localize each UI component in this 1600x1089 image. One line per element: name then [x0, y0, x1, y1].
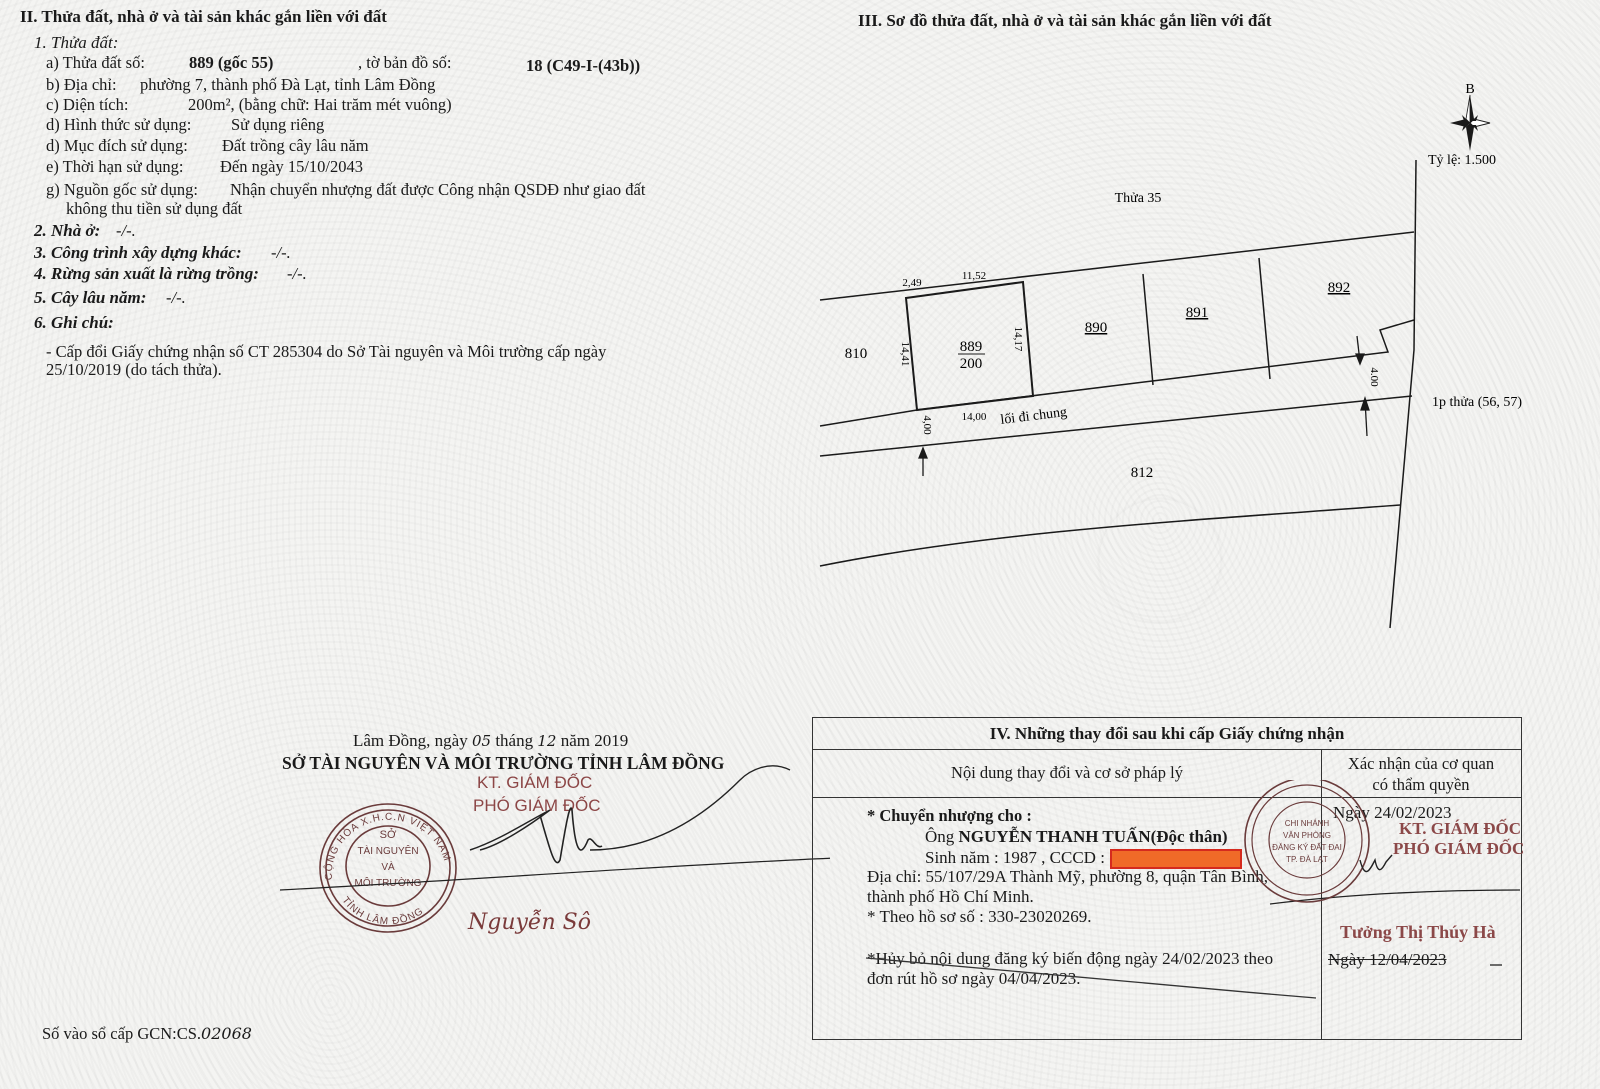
svg-text:B: B [1465, 82, 1474, 97]
svg-text:889: 889 [960, 339, 983, 355]
issuer-signer-name: Nguyễn Sô [468, 910, 591, 935]
svg-text:TP. ĐÀ LẠT: TP. ĐÀ LẠT [1286, 855, 1328, 864]
svg-text:14,17: 14,17 [1012, 327, 1024, 352]
svg-text:2,49: 2,49 [902, 277, 922, 289]
svg-text:CHI NHÁNH: CHI NHÁNH [1285, 819, 1330, 828]
svg-text:1p thửa (56, 57): 1p thửa (56, 57) [1432, 395, 1522, 410]
svg-text:892: 892 [1328, 280, 1351, 296]
svg-text:Thửa 35: Thửa 35 [1115, 191, 1162, 206]
table-overlays: CHI NHÁNH VĂN PHÒNG ĐĂNG KÝ ĐẤT ĐAI TP. … [800, 780, 1600, 1040]
svg-text:14,00: 14,00 [962, 411, 987, 423]
svg-text:Tỷ lệ: 1.500: Tỷ lệ: 1.500 [1428, 153, 1496, 168]
registry-number: Số vào sổ cấp GCN:CS.02068 [42, 1024, 252, 1044]
svg-text:891: 891 [1186, 305, 1209, 321]
svg-text:4,00: 4,00 [921, 415, 933, 435]
section-4-title: IV. Những thay đổi sau khi cấp Giấy chứn… [813, 718, 1521, 750]
date-month-prefix: tháng [495, 731, 533, 750]
date-prefix: Lâm Đồng, ngày [353, 731, 468, 750]
svg-text:200: 200 [960, 356, 983, 372]
svg-text:lối đi chung: lối đi chung [1000, 405, 1068, 428]
date-month: 12 [537, 732, 556, 750]
svg-text:ĐĂNG KÝ ĐẤT ĐAI: ĐĂNG KÝ ĐẤT ĐAI [1272, 842, 1342, 852]
registry-value: 02068 [201, 1024, 252, 1043]
date-year: năm 2019 [561, 731, 629, 750]
col-confirm-header-1: Xác nhận của cơ quan [1321, 753, 1521, 774]
svg-text:14,41: 14,41 [899, 342, 911, 367]
svg-text:11,52: 11,52 [962, 270, 986, 282]
signature-scribble-icon [270, 750, 830, 900]
svg-text:VĂN PHÒNG: VĂN PHÒNG [1283, 831, 1331, 840]
parcel-diagram: B Tỷ lệ: 1.500 Thửa 35 1p thửa (56, 57) … [0, 0, 1600, 700]
branch-stamp-icon: CHI NHÁNH VĂN PHÒNG ĐĂNG KÝ ĐẤT ĐAI TP. … [1245, 780, 1369, 902]
svg-text:810: 810 [845, 346, 868, 362]
svg-text:890: 890 [1085, 320, 1108, 336]
date-day: 05 [472, 732, 491, 750]
svg-text:812: 812 [1131, 465, 1154, 481]
north-arrow-icon [1450, 95, 1490, 151]
registry-label: Số vào sổ cấp GCN:CS. [42, 1024, 201, 1043]
svg-text:4.00: 4.00 [1368, 367, 1380, 387]
issue-date: Lâm Đồng, ngày 05 tháng 12 năm 2019 [353, 731, 628, 751]
